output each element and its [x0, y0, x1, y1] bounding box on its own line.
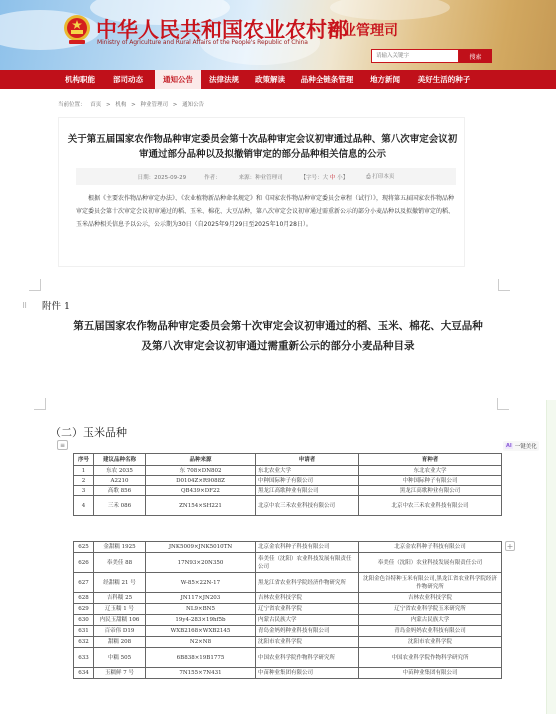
header-breeder: 育种者	[359, 454, 502, 466]
drag-handle-icon[interactable]: ⠿	[22, 302, 27, 310]
nav-item-notices[interactable]: 通知公告	[155, 70, 201, 89]
table-row: 2 A2210 D0104Z×R9088Z 中种国际种子有限公司 中种国际种子有…	[74, 476, 502, 486]
nav-item-good-life-seeds[interactable]: 美好生活的种子	[413, 70, 475, 89]
breadcrumb-department[interactable]: 种业管理司	[141, 102, 169, 108]
main-nav: 机构职能 部司动态 通知公告 法律法规 政策解读 品种全链条管理 地方新闻 美好…	[0, 70, 556, 89]
breadcrumb-institution[interactable]: 机构	[115, 102, 126, 108]
page: 中华人民共和国农业农村部 Ministry of Agriculture and…	[0, 0, 556, 714]
section-heading: （二）玉米品种	[50, 424, 127, 440]
page-corner-mark	[497, 398, 509, 410]
breadcrumb-separator: >	[173, 102, 178, 108]
table-row: 625 金甜糯 1925 JNK5009×JNK5010TN 北京金农科种子科技…	[74, 542, 502, 553]
table-row: 1 东农 2035 东 708×DN802 东北农业大学 东北农业大学	[74, 466, 502, 476]
header-index: 序号	[74, 454, 94, 466]
table-row: 630 内民玉甜糯 106 19y4-283×19hf5b 内蒙古民族大学 内蒙…	[74, 615, 502, 626]
ai-beautify-button[interactable]: AI 一键美化	[503, 441, 539, 451]
department-title: 种业管理司	[328, 20, 398, 40]
header-applicant: 申请者	[256, 454, 359, 466]
ai-icon: AI	[505, 443, 513, 449]
add-column-button[interactable]: +	[505, 541, 515, 551]
site-banner: 中华人民共和国农业农村部 Ministry of Agriculture and…	[0, 0, 556, 70]
print-button[interactable]: ⎙ 打印本页	[366, 172, 394, 181]
corn-variety-table: 序号 建议品种名称 品种来源 申请者 育种者 1 东农 2035 东 708×D…	[73, 453, 502, 516]
article-card: 关于第五届国家农作物品种审定委员会第十次品种审定会议初审通过品种、第八次审定会议…	[58, 117, 465, 267]
breadcrumb-separator: >	[131, 102, 136, 108]
national-emblem-icon	[62, 14, 92, 46]
nav-item-institution[interactable]: 机构职能	[60, 70, 100, 89]
font-size-large[interactable]: 大	[323, 175, 329, 181]
nav-item-department-news[interactable]: 部司动态	[108, 70, 148, 89]
article-author: 作者：	[204, 173, 221, 181]
table-row: 629 辽玉糯 1 号 NL9×BN5 辽宁省农业科学院 辽宁省农业科学院玉米研…	[74, 604, 502, 615]
breadcrumb-prefix: 当前位置：	[58, 102, 86, 108]
font-size-control: 【字号：大 中 小】	[301, 173, 349, 181]
font-size-medium[interactable]: 中	[330, 175, 336, 181]
table-row: 634 玉糯鲜 7 号 7N155×7N431 中苗种业集团有限公司 中苗种业集…	[74, 668, 502, 679]
document-title-line1: 第五届国家农作物品种审定委员会第十次审定会议初审通过的稻、玉米、棉花、大豆品种	[0, 318, 556, 333]
nav-item-local-news[interactable]: 地方新闻	[365, 70, 405, 89]
site-subtitle: Ministry of Agriculture and Rural Affair…	[97, 39, 308, 46]
table-row: 633 中糯 505 6B838×19B1775 中国农业科学院作物科学研究所 …	[74, 648, 502, 668]
breadcrumb-notices[interactable]: 通知公告	[182, 102, 204, 108]
nav-item-variety-chain[interactable]: 品种全链条管理	[298, 70, 356, 89]
article-date: 日期：2025-09-29	[138, 173, 186, 181]
table-row: 631 百帝伟 D19 WXB2168×WXB2145 青岛金妈妈种业科技有限公…	[74, 626, 502, 637]
header-variety-name: 建议品种名称	[94, 454, 146, 466]
attachment-label: 附件 1	[42, 298, 70, 312]
table-row: 627 经甜糯 21 号 W-85×22N-17 黑龙江省农业科学院经济作物研究…	[74, 573, 502, 593]
printer-icon: ⎙	[366, 174, 370, 180]
table-menu-icon[interactable]: ≡	[57, 440, 68, 450]
article-source: 来源：种业管理司	[239, 173, 283, 181]
table-row: 3 高歌 856 QB439×DF22 黑龙江高歌种业有限公司 黑龙江高歌种业有…	[74, 486, 502, 496]
nav-item-policy[interactable]: 政策解读	[250, 70, 290, 89]
table-header-row: 序号 建议品种名称 品种来源 申请者 育种者	[74, 454, 502, 466]
table-row: 4 三禾 086 ZN154×SH221 北京中农三禾农业科技有限公司 北京中农…	[74, 496, 502, 516]
table-row: 626 奉美佳 88 17N93×20N350 奉美佳（沈阳）农业科技发展有限责…	[74, 553, 502, 573]
nav-item-laws[interactable]: 法律法规	[204, 70, 244, 89]
search-bar: 搜索	[371, 49, 492, 63]
table-row: 628 吉科糯 25 JN117×JN203 吉林农业科技学院 吉林农业科技学院	[74, 593, 502, 604]
search-button[interactable]: 搜索	[459, 49, 492, 63]
search-input[interactable]	[371, 49, 459, 63]
article-title: 关于第五届国家农作物品种审定委员会第十次品种审定会议初审通过品种、第八次审定会议…	[59, 132, 466, 162]
page-corner-mark	[498, 279, 510, 291]
header-source: 品种来源	[146, 454, 256, 466]
page-corner-mark	[29, 279, 41, 291]
article-body: 根据《主要农作物品种审定办法》、《农业植物新品种命名规定》和《国家农作物品种审定…	[76, 192, 458, 231]
side-panel-edge	[546, 400, 556, 714]
breadcrumb-separator: >	[106, 102, 111, 108]
document-title-line2: 及第八次审定会议初审通过需重新公示的部分小麦品种目录	[0, 338, 556, 353]
corn-variety-table-continued: 625 金甜糯 1925 JNK5009×JNK5010TN 北京金农科种子科技…	[73, 541, 502, 679]
table-row: 632 甜糯 208 N2×N8 沈阳市农业科学院 沈阳市农业科学院	[74, 637, 502, 648]
article-meta-bar: 日期：2025-09-29 作者： 来源：种业管理司 【字号：大 中 小】 ⎙ …	[76, 168, 456, 185]
breadcrumb-home[interactable]: 首页	[90, 102, 101, 108]
page-corner-mark	[34, 398, 46, 410]
breadcrumb: 当前位置： 首页 > 机构 > 种业管理司 > 通知公告	[58, 100, 207, 108]
